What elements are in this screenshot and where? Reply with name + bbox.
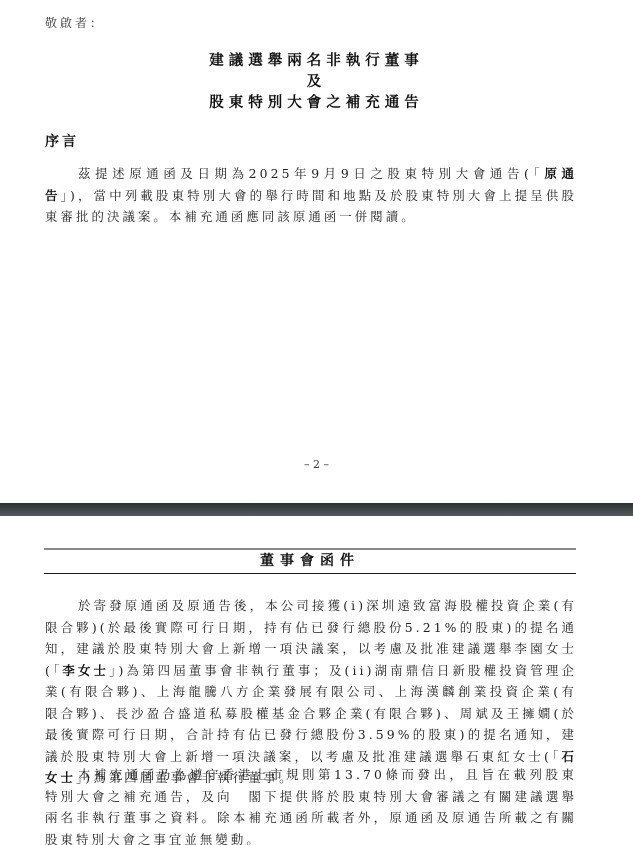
document-title: 建議選舉兩名非執行董事 及 股東特別大會之補充通告 (0, 50, 633, 113)
intro-paragraph: 茲提述原通函及日期為2025年9月9日之股東特別大會通告(「原通告」)，當中列載… (45, 163, 577, 228)
letter-p1-text-2: 」)為第四屆董事會非執行董事；及(ii)湖南鼎信日新股權投資管理企業(有限合夥)… (45, 663, 577, 764)
salutation: 敬啟者： (45, 14, 105, 31)
title-line-3: 股東特別大會之補充通告 (0, 92, 633, 113)
letter-paragraph-2: 本補充通函乃為遵守香港上市規則第13.70條而發出，且旨在載列股東特別大會之補充… (45, 764, 577, 845)
letter-from-board-header: 董事會函件 (44, 548, 576, 574)
letter-paragraph-1: 於寄發原通函及原通告後，本公司接獲(i)深圳遠致富海股權投資企業(有限合夥)(於… (45, 595, 577, 789)
title-line-2: 及 (0, 71, 633, 92)
page-number: – 2 – (0, 458, 633, 471)
intro-text-1: 茲提述原通函及日期為2025年9月9日之股東特別大會通告(「 (78, 166, 544, 181)
intro-text-2: 」)，當中列載股東特別大會的舉行時間和地點及於股東特別大會上提呈供股東審批的決議… (45, 188, 577, 225)
page-break-separator (0, 503, 633, 516)
section-heading-preface: 序言 (45, 131, 79, 151)
title-line-1: 建議選舉兩名非執行董事 (0, 50, 633, 71)
defined-term-ms-li: 李女士 (62, 663, 109, 678)
document-page-2: 敬啟者： 建議選舉兩名非執行董事 及 股東特別大會之補充通告 序言 茲提述原通函… (0, 0, 633, 503)
